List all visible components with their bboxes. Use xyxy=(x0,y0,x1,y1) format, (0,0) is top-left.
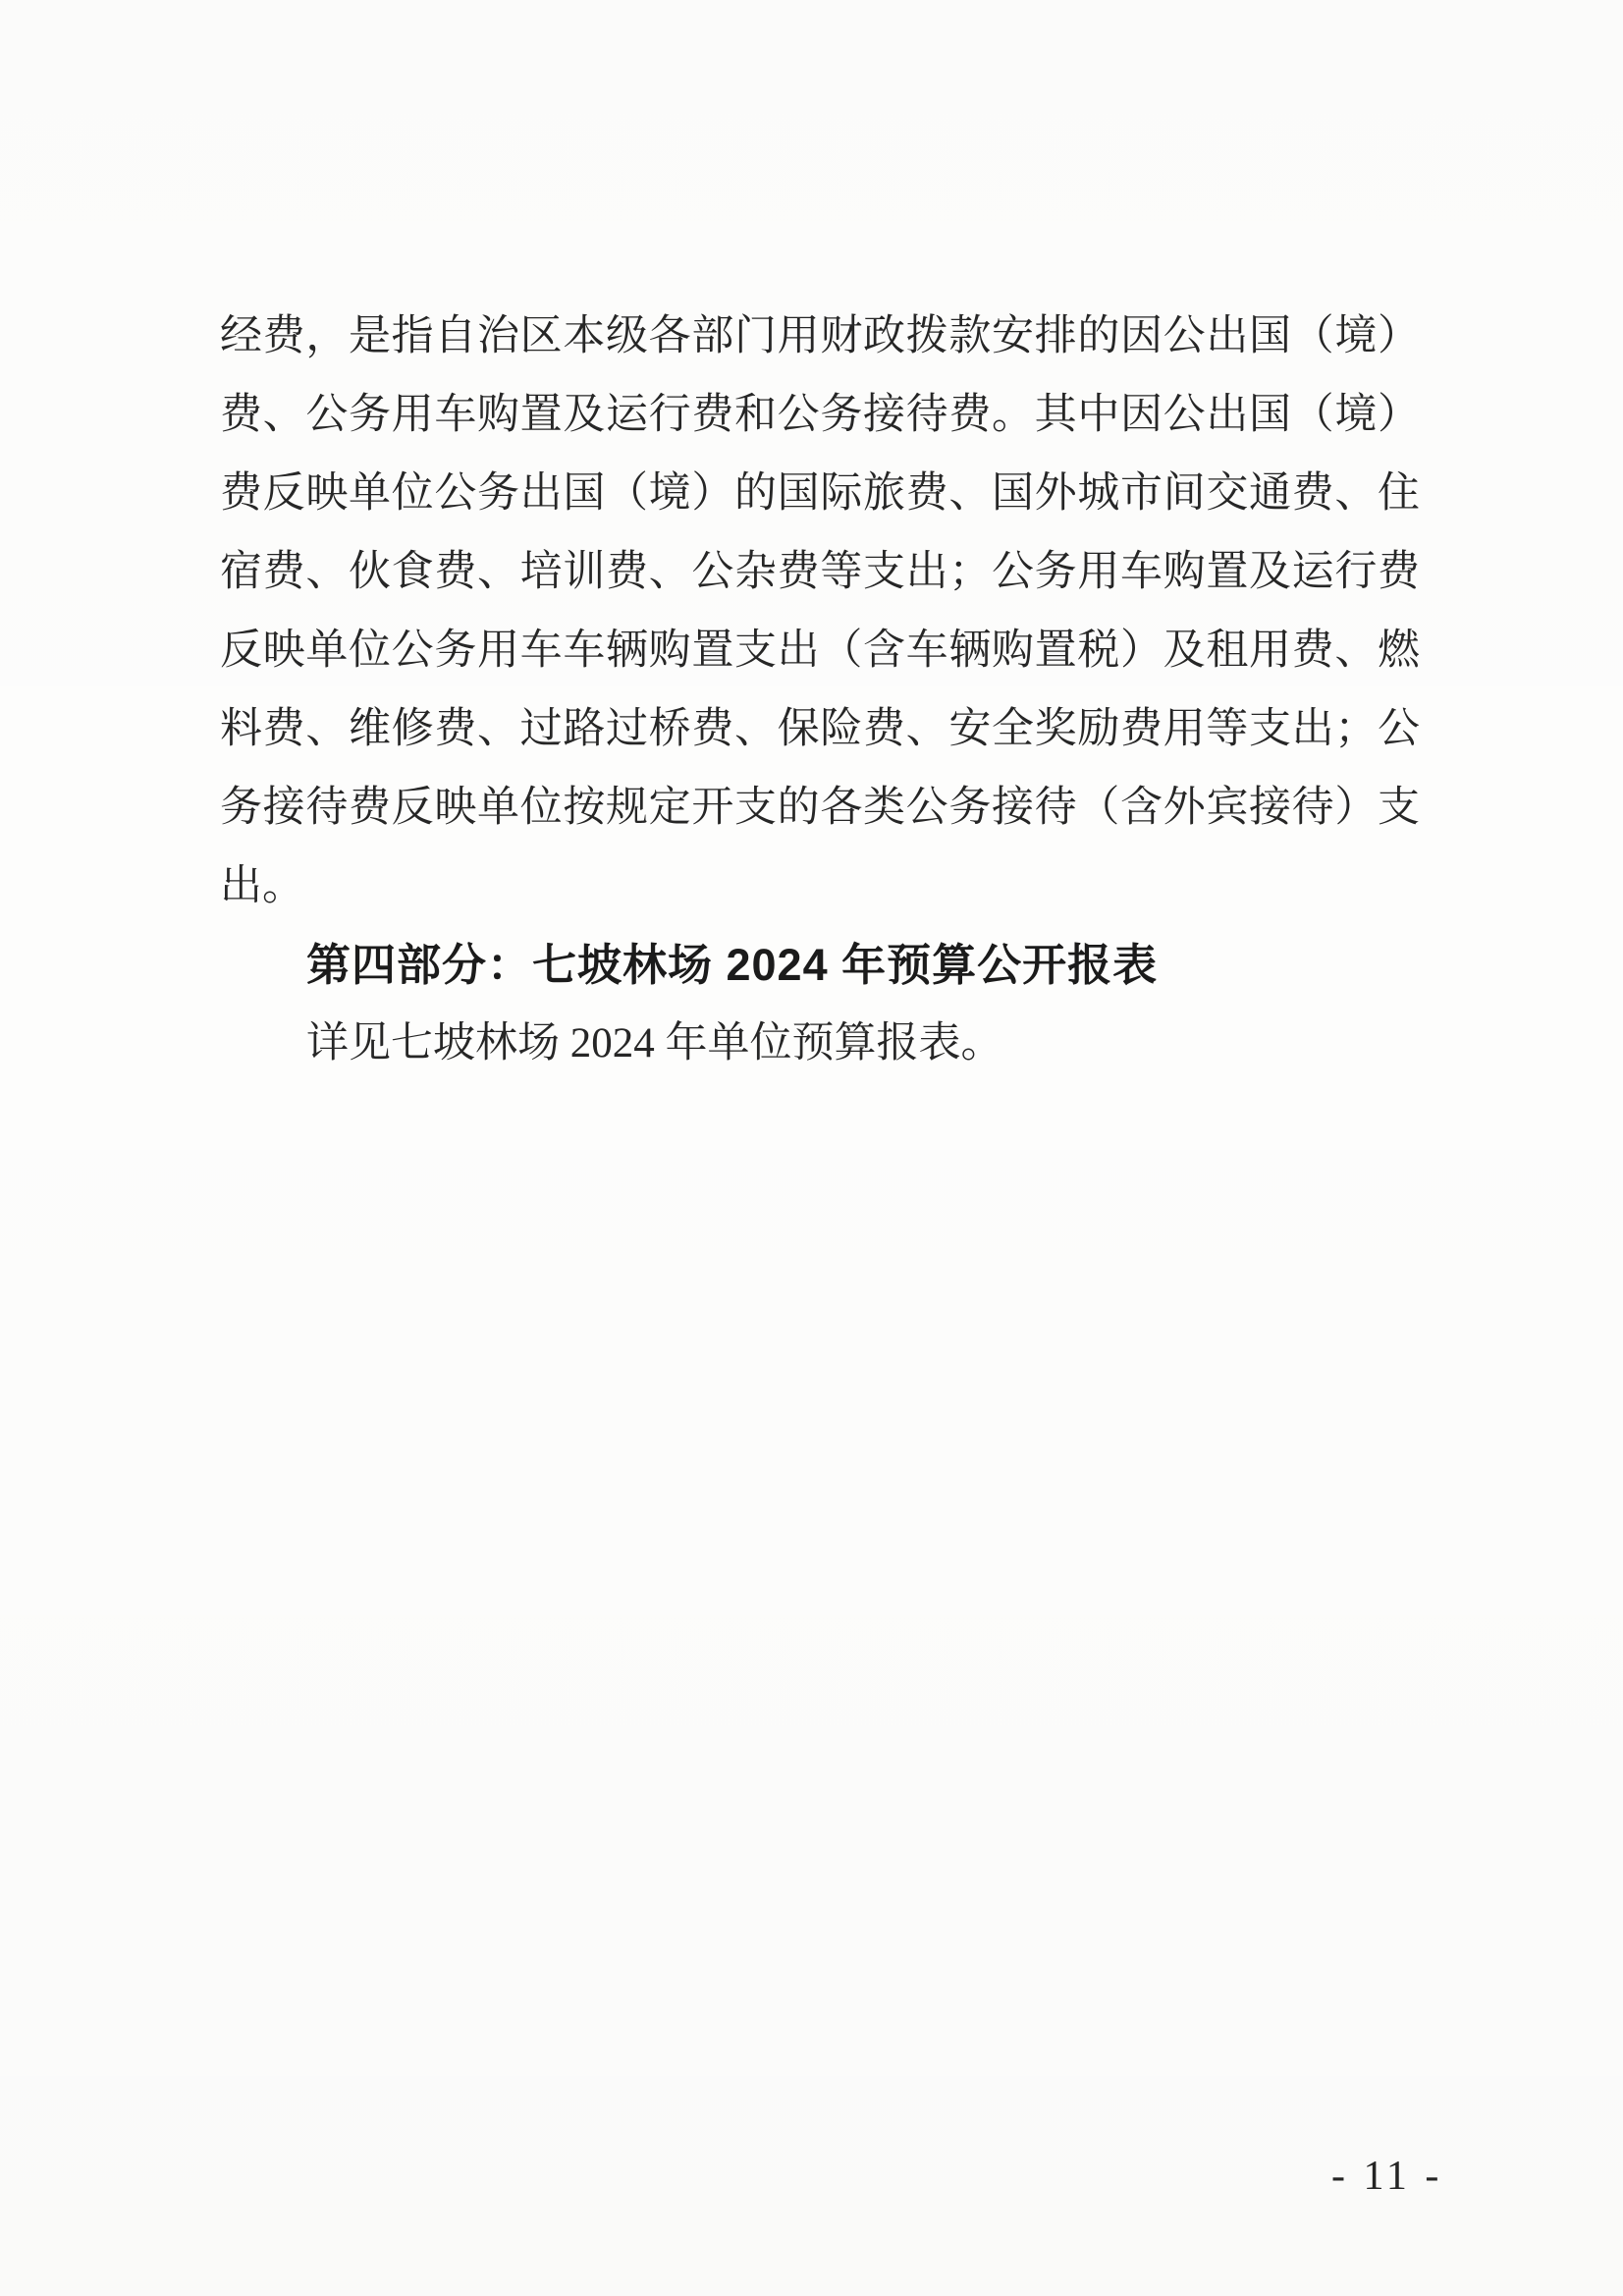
page-number: - 11 - xyxy=(1331,2154,1442,2199)
body-text-line: 料费、维修费、过路过桥费、保险费、安全奖励费用等支出；公 xyxy=(220,690,1420,769)
text-block: 经费，是指自治区本级各部门用财政拨款安排的因公出国（境） 费、公务用车购置及运行… xyxy=(220,298,1420,1083)
document-page: 经费，是指自治区本级各部门用财政拨款安排的因公出国（境） 费、公务用车购置及运行… xyxy=(0,0,1623,2296)
body-text-line: 出。 xyxy=(220,847,1420,926)
body-text-line: 经费，是指自治区本级各部门用财政拨款安排的因公出国（境） xyxy=(220,298,1420,376)
section-heading: 第四部分：七坡林场 2024 年预算公开报表 xyxy=(220,926,1420,1005)
body-text-line: 务接待费反映单位按规定开支的各类公务接待（含外宾接待）支 xyxy=(220,769,1420,847)
body-text-line: 费反映单位公务出国（境）的国际旅费、国外城市间交通费、住 xyxy=(220,455,1420,533)
section-note: 详见七坡林场 2024 年单位预算报表。 xyxy=(220,1005,1420,1083)
body-text-line: 反映单位公务用车车辆购置支出（含车辆购置税）及租用费、燃 xyxy=(220,612,1420,690)
body-text-line: 宿费、伙食费、培训费、公杂费等支出；公务用车购置及运行费 xyxy=(220,533,1420,612)
body-text-line: 费、公务用车购置及运行费和公务接待费。其中因公出国（境） xyxy=(220,376,1420,455)
